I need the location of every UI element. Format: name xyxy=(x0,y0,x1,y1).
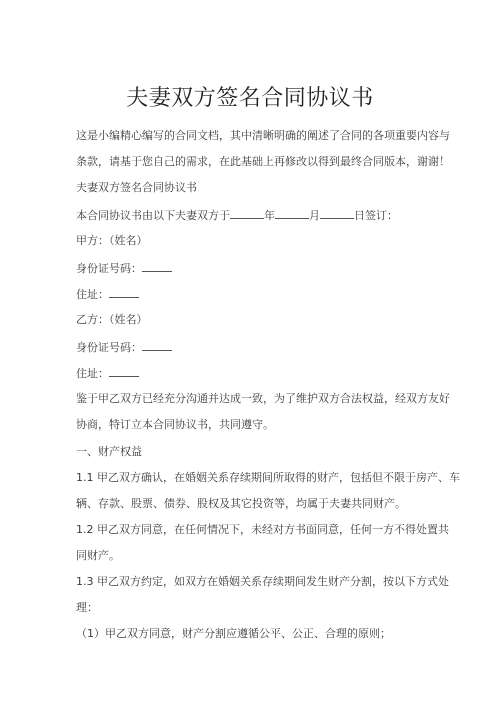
signing-suffix: 日签订： xyxy=(354,209,398,222)
clause-1-3-line-1: 1.3 甲乙双方约定，如双方在婚姻关系存续期间发生财产分割，按以下方式处 xyxy=(76,575,436,589)
signing-line: 本合同协议书由以下夫妻双方于年月日签订： xyxy=(76,208,436,223)
party-a-id: 身份证号码： xyxy=(76,261,436,276)
party-b-id-blank[interactable] xyxy=(142,340,172,351)
clause-1-3-line-2: 理： xyxy=(76,601,436,615)
year-blank[interactable] xyxy=(230,208,264,219)
party-b-id-label: 身份证号码： xyxy=(76,341,142,354)
party-b-address-blank[interactable] xyxy=(109,366,139,377)
clause-1-1-line-1: 1.1 甲乙双方确认，在婚姻关系存续期间所取得的财产，包括但不限于房产、车 xyxy=(76,471,436,485)
party-a-id-label: 身份证号码： xyxy=(76,262,142,275)
month-label: 月 xyxy=(309,209,320,222)
year-label: 年 xyxy=(264,209,275,222)
clause-1-2-line-1: 1.2 甲乙双方同意，在任何情况下，未经对方书面同意，任何一方不得处置共 xyxy=(76,523,436,537)
section-1-heading: 一、财产权益 xyxy=(76,445,436,459)
subtitle: 夫妻双方签名合同协议书 xyxy=(76,181,436,195)
intro-line-2: 条款，请基于您自己的需求，在此基础上再修改以得到最终合同版本，谢谢！ xyxy=(76,155,436,169)
party-b-id: 身份证号码： xyxy=(76,340,436,355)
intro-line-1: 这是小编精心编写的合同文档，其中清晰明确的阐述了合同的各项重要内容与 xyxy=(76,129,436,143)
clause-1-2-line-2: 同财产。 xyxy=(76,549,436,563)
party-a-label: 甲方：（姓名） xyxy=(76,234,436,248)
signing-prefix: 本合同协议书由以下夫妻双方于 xyxy=(76,209,230,222)
clause-1-3-item-1: （1）甲乙双方同意，财产分割应遵循公平、公正、合理的原则； xyxy=(76,627,436,641)
preamble-line-1: 鉴于甲乙双方已经充分沟通并达成一致，为了维护双方合法权益，经双方友好 xyxy=(76,392,436,406)
party-a-id-blank[interactable] xyxy=(142,261,172,272)
preamble-line-2: 协商，特订立本合同协议书，共同遵守。 xyxy=(76,418,436,432)
clause-1-1-line-2: 辆、存款、股票、债券、股权及其它投资等，均属于夫妻共同财产。 xyxy=(76,497,436,511)
party-a-address-label: 住址： xyxy=(76,288,109,301)
party-b-label: 乙方：（姓名） xyxy=(76,313,436,327)
day-blank[interactable] xyxy=(320,208,354,219)
party-b-address-label: 住址： xyxy=(76,367,109,380)
document-title: 夫妻双方签名合同协议书 xyxy=(0,84,500,114)
party-a-address-blank[interactable] xyxy=(109,287,139,298)
party-a-address: 住址： xyxy=(76,287,436,302)
party-b-address: 住址： xyxy=(76,366,436,381)
month-blank[interactable] xyxy=(275,208,309,219)
